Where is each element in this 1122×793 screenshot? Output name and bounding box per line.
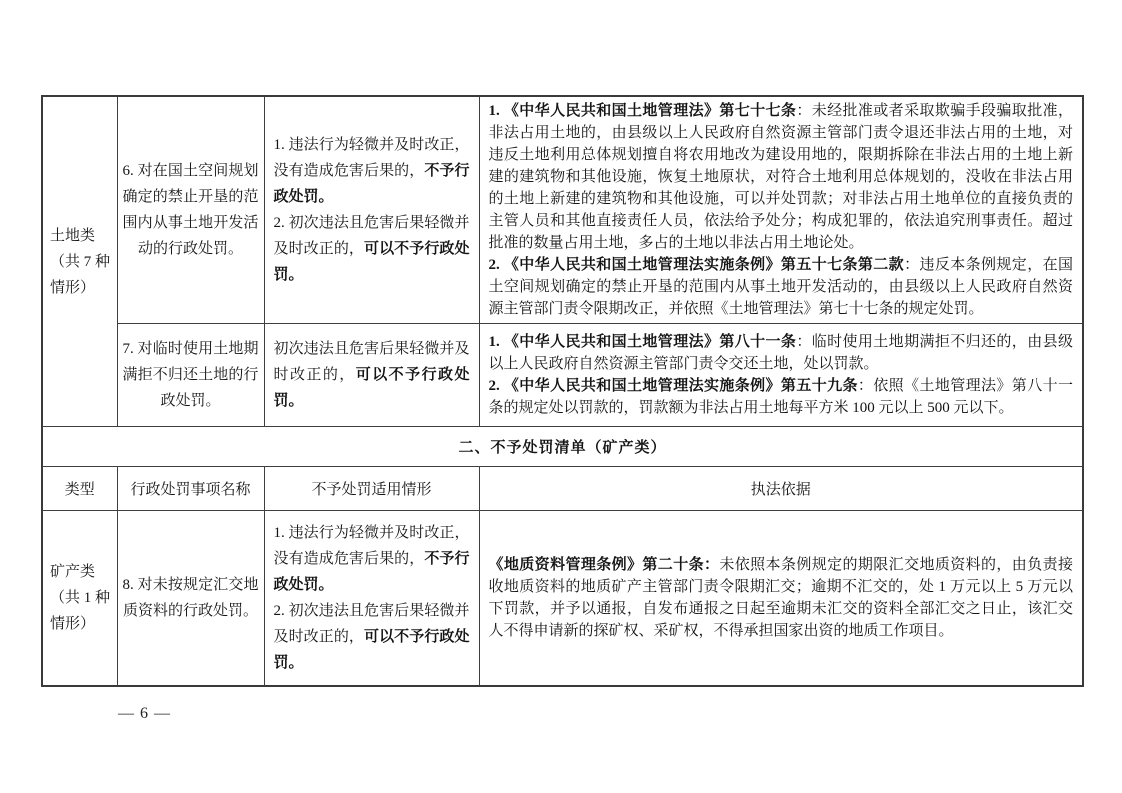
legal-basis-cell-8: 《地质资料管理条例》第二十条：未依照本条例规定的期限汇交地质资料的，由负责接收地… xyxy=(479,511,1083,686)
law-citation: 1. 《中华人民共和国土地管理法》第八十一条 xyxy=(489,334,797,350)
table-row-6: 土地类 （共 7 种 情形） 6. 对在国土空间规划确定的禁止开垦的范围内从事土… xyxy=(42,96,1083,324)
table-row-7: 7. 对临时使用土地期满拒不归还土地的行政处罚。 初次违法且危害后果轻微并及时改… xyxy=(42,324,1083,427)
column-header-conditions: 不予处罚适用情形 xyxy=(264,467,479,511)
page-number: — 6 — xyxy=(118,705,171,723)
legal-basis-paragraph: 1. 《中华人民共和国土地管理法》第七十七条：未经批准或者采取欺骗手段骗取批准，… xyxy=(489,100,1074,254)
law-citation: 2. 《中华人民共和国土地管理法实施条例》第五十九条 xyxy=(489,378,858,394)
section-title: 二、不予处罚清单（矿产类） xyxy=(42,427,1083,467)
law-citation: 1. 《中华人民共和国土地管理法》第七十七条 xyxy=(489,103,797,119)
legal-basis-paragraph: 2. 《中华人民共和国土地管理法实施条例》第五十七条第二款：违反本条例规定，在国… xyxy=(489,254,1074,320)
condition-paragraph: 1. 违法行为轻微并及时改正，没有造成危害后果的，不予行政处罚。 xyxy=(274,132,470,210)
section-header-row: 二、不予处罚清单（矿产类） xyxy=(42,427,1083,467)
penalty-exemption-table: 土地类 （共 7 种 情形） 6. 对在国土空间规划确定的禁止开垦的范围内从事土… xyxy=(41,95,1084,687)
law-text: ：未经批准或者采取欺骗手段骗取批准，非法占用土地的，由县级以上人民政府自然资源主… xyxy=(489,103,1074,251)
condition-paragraph: 初次违法且危害后果轻微并及时改正的，可以不予行政处罚。 xyxy=(274,336,470,414)
item-name-cell-7: 7. 对临时使用土地期满拒不归还土地的行政处罚。 xyxy=(117,324,264,427)
column-header-type: 类型 xyxy=(42,467,117,511)
condition-paragraph: 1. 违法行为轻微并及时改正，没有造成危害后果的，不予行政处罚。 xyxy=(274,520,470,598)
category-cell-land: 土地类 （共 7 种 情形） xyxy=(42,96,117,427)
legal-basis-paragraph: 《地质资料管理条例》第二十条：未依照本条例规定的期限汇交地质资料的，由负责接收地… xyxy=(489,554,1074,642)
conditions-cell-8: 1. 违法行为轻微并及时改正，没有造成危害后果的，不予行政处罚。 2. 初次违法… xyxy=(264,511,479,686)
column-header-item-name: 行政处罚事项名称 xyxy=(117,467,264,511)
table-row-8: 矿产类 （共 1 种 情形） 8. 对未按规定汇交地质资料的行政处罚。 1. 违… xyxy=(42,511,1083,686)
legal-basis-paragraph: 1. 《中华人民共和国土地管理法》第八十一条：临时使用土地期满拒不归还的，由县级… xyxy=(489,331,1074,375)
column-header-row: 类型 行政处罚事项名称 不予处罚适用情形 执法依据 xyxy=(42,467,1083,511)
category-cell-mineral: 矿产类 （共 1 种 情形） xyxy=(42,511,117,686)
item-name-cell-6: 6. 对在国土空间规划确定的禁止开垦的范围内从事土地开发活动的行政处罚。 xyxy=(117,96,264,324)
legal-basis-paragraph: 2. 《中华人民共和国土地管理法实施条例》第五十九条：依照《土地管理法》第八十一… xyxy=(489,375,1074,419)
legal-basis-cell-7: 1. 《中华人民共和国土地管理法》第八十一条：临时使用土地期满拒不归还的，由县级… xyxy=(479,324,1083,427)
condition-paragraph: 2. 初次违法且危害后果轻微并及时改正的，可以不予行政处罚。 xyxy=(274,598,470,676)
item-name-cell-8: 8. 对未按规定汇交地质资料的行政处罚。 xyxy=(117,511,264,686)
column-header-legal-basis: 执法依据 xyxy=(479,467,1083,511)
condition-paragraph: 2. 初次违法且危害后果轻微并及时改正的，可以不予行政处罚。 xyxy=(274,210,470,288)
conditions-cell-6: 1. 违法行为轻微并及时改正，没有造成危害后果的，不予行政处罚。 2. 初次违法… xyxy=(264,96,479,324)
legal-basis-cell-6: 1. 《中华人民共和国土地管理法》第七十七条：未经批准或者采取欺骗手段骗取批准，… xyxy=(479,96,1083,324)
law-citation: 《地质资料管理条例》第二十条： xyxy=(489,557,720,573)
conditions-cell-7: 初次违法且危害后果轻微并及时改正的，可以不予行政处罚。 xyxy=(264,324,479,427)
law-citation: 2. 《中华人民共和国土地管理法实施条例》第五十七条第二款 xyxy=(489,257,905,273)
